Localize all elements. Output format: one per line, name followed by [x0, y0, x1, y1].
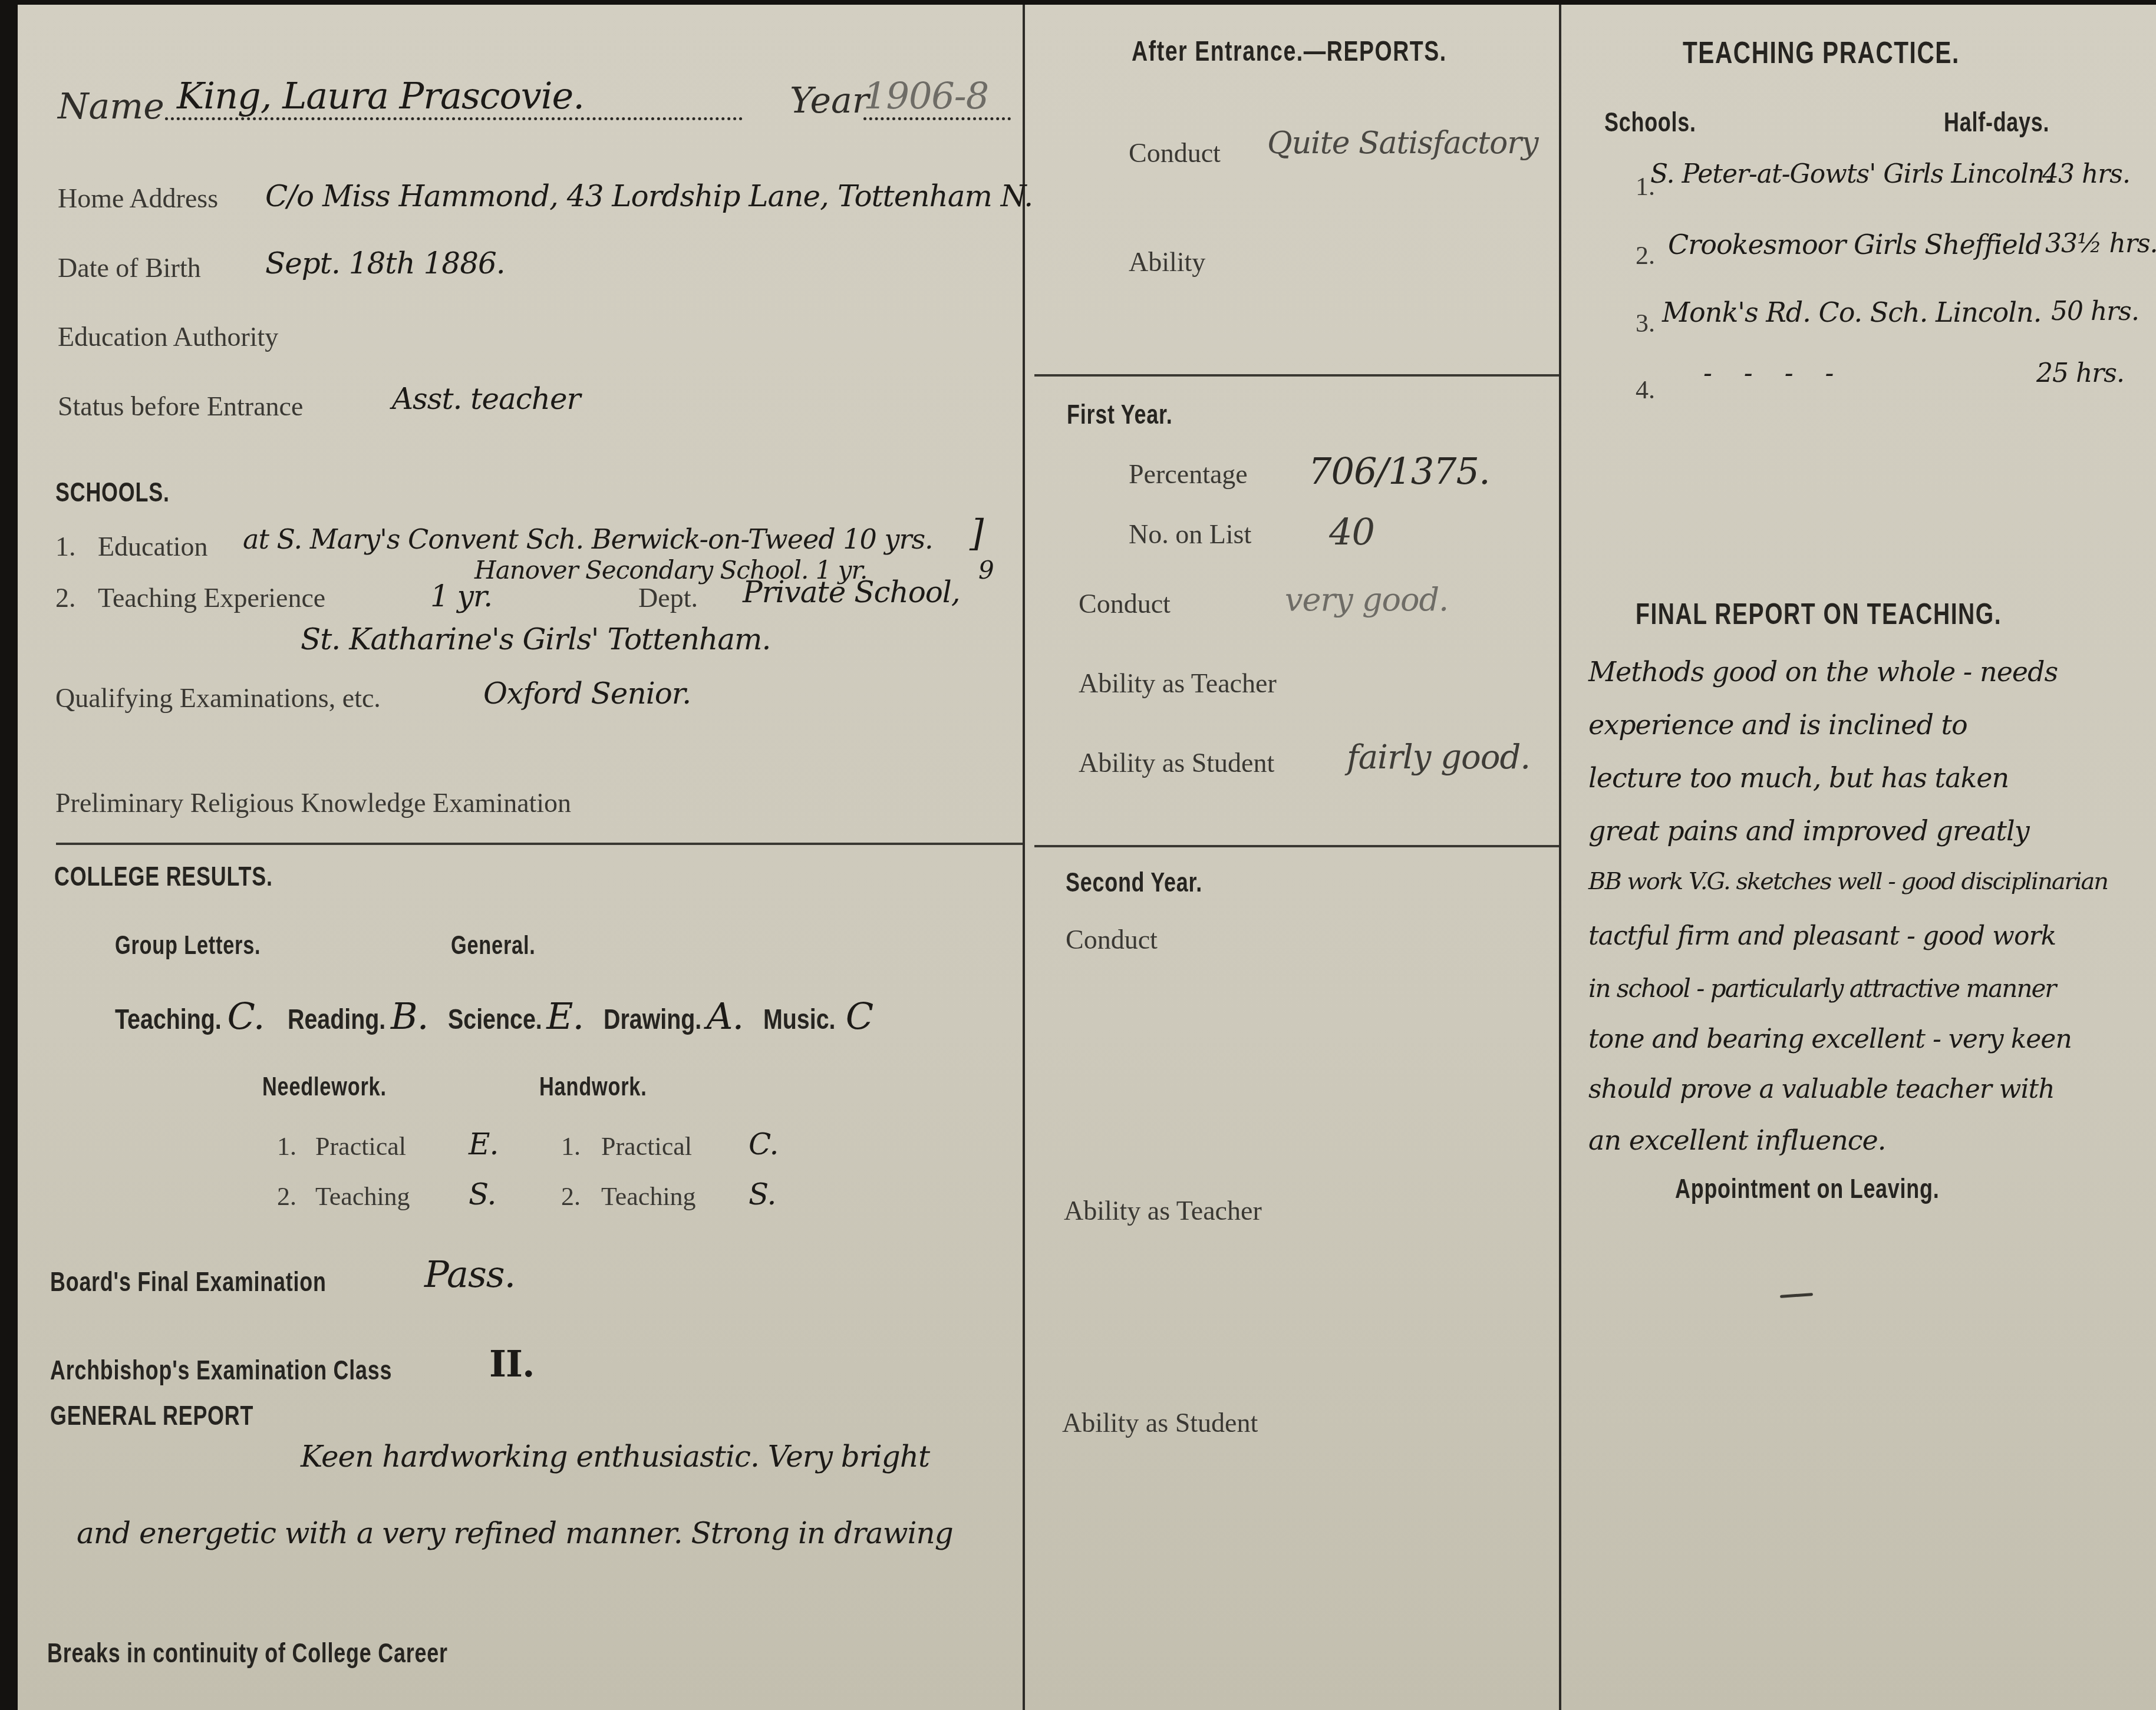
- first-year-ability-student-label: Ability as Student: [1079, 747, 1274, 778]
- first-year-conduct-value[interactable]: very good.: [1285, 581, 1448, 618]
- education-value[interactable]: at S. Mary's Convent Sch. Berwick-on-Twe…: [243, 523, 933, 555]
- status-label: Status before Entrance: [58, 391, 303, 422]
- practice-hours[interactable]: 43 hrs.: [2042, 159, 2130, 189]
- after-entrance-ability-label: Ability: [1129, 246, 1205, 278]
- education-bracket: ]: [970, 511, 983, 554]
- education-authority-label: Education Authority: [58, 321, 278, 352]
- subject-science-label: Science.: [448, 1003, 542, 1036]
- final-report-heading: FINAL REPORT ON TEACHING.: [1636, 597, 2002, 631]
- handwork-practical-num: 1.: [561, 1131, 581, 1161]
- qualifying-label: Qualifying Examinations, etc.: [55, 682, 381, 714]
- first-year-ability-student-value[interactable]: fairly good.: [1347, 738, 1530, 777]
- subject-music-grade[interactable]: C: [846, 995, 873, 1038]
- practice-hours[interactable]: 50 hrs.: [2051, 296, 2139, 326]
- needlework-practical-num: 1.: [277, 1131, 296, 1161]
- final-report-line: should prove a valuable teacher with: [1588, 1074, 2055, 1104]
- after-entrance-conduct-value[interactable]: Quite Satisfactory: [1267, 126, 1538, 161]
- first-year-percentage-label: Percentage: [1129, 458, 1248, 490]
- archbishop-value[interactable]: II.: [489, 1342, 535, 1385]
- archbishop-label: Archbishop's Examination Class: [50, 1354, 392, 1386]
- dept-value[interactable]: Private School,: [743, 575, 960, 609]
- handwork-practical-grade[interactable]: C.: [749, 1127, 778, 1161]
- divider-middle-right: [1559, 5, 1561, 1710]
- practice-school[interactable]: - - - -: [1703, 358, 1845, 388]
- boards-final-label: Board's Final Examination: [50, 1266, 327, 1298]
- name-field[interactable]: King, Laura Prascovie.: [165, 74, 743, 120]
- second-year-ability-teacher-label: Ability as Teacher: [1064, 1195, 1262, 1226]
- first-year-heading: First Year.: [1067, 398, 1172, 430]
- teaching-practice-heading: TEACHING PRACTICE.: [1683, 35, 1960, 71]
- student-record-card: Name King, Laura Prascovie. Year 1906-8 …: [18, 5, 2156, 1710]
- needlework-teaching-label: Teaching: [315, 1181, 410, 1211]
- qualifying-value[interactable]: Oxford Senior.: [483, 676, 691, 711]
- home-address-value[interactable]: C/o Miss Hammond, 43 Lordship Lane, Tott…: [265, 179, 1033, 213]
- first-year-percentage-value[interactable]: 706/1375.: [1308, 450, 1490, 493]
- subject-drawing-label: Drawing.: [604, 1003, 701, 1036]
- needlework-teaching-grade[interactable]: S.: [469, 1177, 496, 1211]
- subject-drawing-grade[interactable]: A.: [707, 995, 743, 1038]
- second-year-heading: Second Year.: [1066, 866, 1202, 898]
- breaks-label: Breaks in continuity of College Career: [47, 1637, 448, 1669]
- first-year-no-on-list-label: No. on List: [1129, 519, 1251, 550]
- first-year-conduct-label: Conduct: [1079, 588, 1171, 619]
- subject-grades-row: Teaching. C. Reading. B. Science. E. Dra…: [115, 995, 873, 1038]
- status-value[interactable]: Asst. teacher: [392, 382, 581, 416]
- final-report-line: experience and is inclined to: [1588, 709, 1967, 741]
- practice-school[interactable]: Crookesmoor Girls Sheffield: [1668, 229, 2042, 260]
- appointment-label: Appointment on Leaving.: [1675, 1173, 1939, 1204]
- teaching-exp-num: 2.: [55, 582, 76, 613]
- name-label: Name: [58, 86, 164, 127]
- dob-value[interactable]: Sept. 18th 1886.: [265, 246, 505, 280]
- final-report-line: tone and bearing excellent - very keen: [1588, 1024, 2072, 1054]
- handwork-practical-label: Practical: [601, 1131, 692, 1161]
- teaching-exp-label: Teaching Experience: [98, 582, 325, 613]
- subject-teaching-label: Teaching.: [115, 1003, 222, 1036]
- second-year-ability-student-label: Ability as Student: [1062, 1407, 1258, 1438]
- practice-hours[interactable]: 33½ hrs.: [2045, 229, 2156, 259]
- general-report-line-1[interactable]: Keen hardworking enthusiastic. Very brig…: [301, 1440, 929, 1474]
- after-entrance-heading: After Entrance.—REPORTS.: [1132, 35, 1447, 68]
- second-year-conduct-label: Conduct: [1066, 924, 1158, 955]
- final-report-line: lecture too much, but has taken: [1588, 762, 2009, 794]
- subject-reading-label: Reading.: [288, 1003, 385, 1036]
- first-year-ability-teacher-label: Ability as Teacher: [1079, 668, 1277, 699]
- dob-label: Date of Birth: [58, 252, 201, 283]
- general-report-heading: GENERAL REPORT: [50, 1399, 253, 1431]
- practice-num: 4.: [1636, 375, 1655, 405]
- subject-music-label: Music.: [763, 1003, 835, 1036]
- first-year-no-on-list-value[interactable]: 40: [1329, 510, 1374, 553]
- schools-heading: SCHOOLS.: [55, 476, 170, 508]
- appointment-dash-mark: [1780, 1293, 1813, 1298]
- final-report-line: Methods good on the whole - needs: [1588, 656, 2058, 688]
- dept-label: Dept.: [638, 582, 698, 613]
- divider-second-year: [1034, 845, 1559, 847]
- handwork-teaching-grade[interactable]: S.: [749, 1177, 776, 1211]
- final-report-line: in school - particularly attractive mann…: [1588, 974, 2055, 1003]
- needlework-label: Needlework.: [262, 1072, 387, 1102]
- handwork-label: Handwork.: [539, 1072, 647, 1102]
- general-report-line-2[interactable]: and energetic with a very refined manner…: [77, 1516, 953, 1550]
- home-address-label: Home Address: [58, 183, 218, 214]
- subject-science-grade[interactable]: E.: [546, 995, 583, 1038]
- practice-school[interactable]: S. Peter-at-Gowts' Girls Lincoln.: [1650, 159, 2052, 189]
- final-report-line: BB work V.G. sketches well - good discip…: [1588, 868, 2108, 895]
- general-label: General.: [451, 931, 536, 960]
- teaching-exp-above-suffix: 9: [978, 556, 994, 585]
- practice-num: 2.: [1636, 240, 1655, 270]
- year-label: Year: [790, 80, 869, 121]
- halfdays-column-label: Half-days.: [1944, 106, 2049, 138]
- boards-final-value[interactable]: Pass.: [424, 1253, 515, 1296]
- final-report-line: an excellent influence.: [1588, 1124, 1885, 1156]
- handwork-teaching-num: 2.: [561, 1181, 581, 1211]
- final-report-line: tactful firm and pleasant - good work: [1588, 921, 2056, 951]
- divider-college-results: [56, 843, 1023, 845]
- schools-column-label: Schools.: [1604, 106, 1696, 138]
- practice-school[interactable]: Monk's Rd. Co. Sch. Lincoln.: [1662, 296, 2041, 328]
- subject-reading-grade[interactable]: B.: [391, 995, 428, 1038]
- final-report-line: great pains and improved greatly: [1588, 815, 2029, 847]
- education-label: Education: [98, 531, 208, 562]
- teaching-exp-line2[interactable]: St. Katharine's Girls' Tottenham.: [301, 622, 770, 656]
- handwork-teaching-label: Teaching: [601, 1181, 696, 1211]
- practice-num: 3.: [1636, 308, 1655, 338]
- needlework-teaching-num: 2.: [277, 1181, 296, 1211]
- college-results-heading: COLLEGE RESULTS.: [54, 860, 273, 892]
- divider-first-year: [1034, 374, 1559, 377]
- prelim-religious-label: Preliminary Religious Knowledge Examinat…: [55, 787, 571, 818]
- practice-hours[interactable]: 25 hrs.: [2036, 358, 2124, 388]
- subject-teaching-grade[interactable]: C.: [227, 995, 264, 1038]
- group-letters-label: Group Letters.: [115, 931, 261, 960]
- needlework-practical-label: Practical: [315, 1131, 406, 1161]
- after-entrance-conduct-label: Conduct: [1129, 137, 1221, 169]
- teaching-exp-value[interactable]: 1 yr.: [430, 579, 492, 613]
- divider-left-middle: [1023, 5, 1025, 1710]
- year-field[interactable]: 1906-8: [863, 74, 1011, 120]
- education-num: 1.: [55, 531, 76, 562]
- needlework-practical-grade[interactable]: E.: [469, 1127, 498, 1161]
